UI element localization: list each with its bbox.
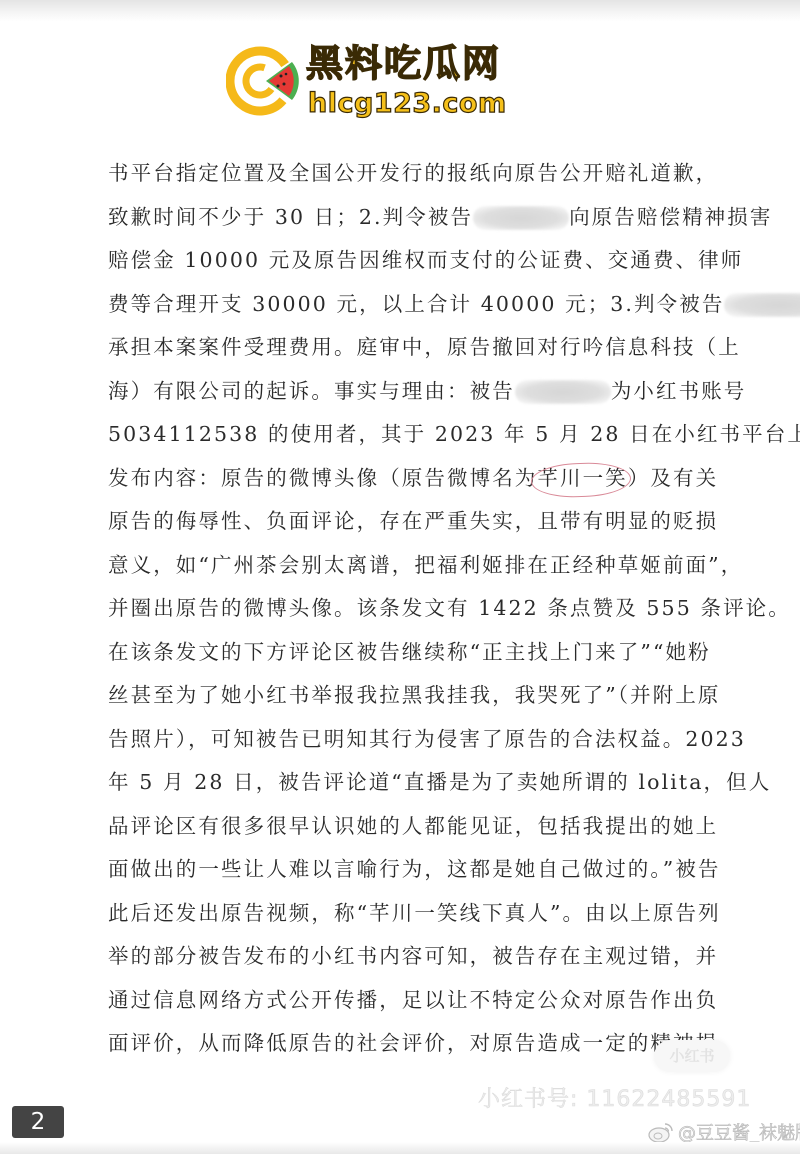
text-line: 举的部分被告发布的小红书内容可知，被告存在主观过错，并 (108, 935, 708, 979)
weibo-icon (648, 1121, 674, 1143)
text-line: 承担本案案件受理费用。庭审中，原告撤回对行吟信息科技（上 (108, 326, 708, 370)
watermelon-c-logo-icon (226, 44, 300, 118)
text-line: 丝甚至为了她小红书举报我拉黑我挂我，我哭死了”（并附上原 (108, 674, 708, 718)
xiaohongshu-id-watermark: 小红书号: 11622485591 (478, 1082, 751, 1113)
text-line: 赔偿金 10000 元及原告因维权而支付的公证费、交通费、律师 (108, 239, 708, 283)
text-line: 意义，如“广州茶会别太离谱，把福利姬排在正经种草姬前面”， (108, 544, 708, 588)
text-line: 面评价，从而降低原告的社会评价，对原告造成一定的精神损 (108, 1022, 708, 1066)
text-line: 品评论区有很多很早认识她的人都能见证，包括我提出的她上 (108, 805, 708, 849)
logo-domain: hlcg123.com (308, 88, 507, 120)
logo-title: 黑料吃瓜网 (306, 42, 501, 86)
top-edge-shadow (0, 0, 800, 22)
circled-weibo-name: 芊川一笑 (537, 457, 627, 501)
text-line: 此后还发出原告视频，称“芊川一笑线下真人”。由以上原告列 (108, 892, 708, 936)
text-segment: 发布内容：原告的微博头像（原告微博名为 (108, 466, 537, 490)
text-segment: 向原告赔偿精神损害 (569, 205, 772, 229)
text-line: 费等合理开支 30000 元，以上合计 40000 元；3.判令被告 (108, 283, 708, 327)
text-segment: 致歉时间不少于 30 日；2.判令被告 (108, 205, 473, 229)
text-line: 原告的侮辱性、负面评论，存在严重失实，且带有明显的贬损 (108, 500, 708, 544)
xiaohongshu-watermark-badge: 小红书 (654, 1040, 730, 1072)
text-line: 海）有限公司的起诉。事实与理由：被告为小红书账号 (108, 370, 708, 414)
text-segment: ）及有关 (628, 466, 718, 490)
document-body: 书平台指定位置及全国公开发行的报纸向原告公开赔礼道歉， 致歉时间不少于 30 日… (108, 152, 708, 1066)
text-line: 致歉时间不少于 30 日；2.判令被告向原告赔偿精神损害 (108, 196, 708, 240)
redacted-name (724, 293, 800, 317)
site-logo: 黑料吃瓜网 hlcg123.com (226, 40, 506, 120)
text-line: 告照片），可知被告已明知其行为侵害了原告的合法权益。2023 (108, 718, 708, 762)
text-line: 在该条发文的下方评论区被告继续称“正主找上门来了”“她粉 (108, 631, 708, 675)
page-number-badge: 2 (12, 1106, 64, 1138)
text-segment: 为小红书账号 (611, 379, 747, 403)
text-segment: 海）有限公司的起诉。事实与理由：被告 (108, 379, 515, 403)
bottom-edge-shadow (0, 1142, 800, 1154)
text-line: 书平台指定位置及全国公开发行的报纸向原告公开赔礼道歉， (108, 152, 708, 196)
text-line: 通过信息网络方式公开传播，足以让不特定公众对原告作出负 (108, 979, 708, 1023)
text-line: 5034112538 的使用者，其于 2023 年 5 月 28 日在小红书平台… (108, 413, 708, 457)
redacted-name (515, 380, 611, 404)
text-line: 并圈出原告的微博头像。该条发文有 1422 条点赞及 555 条评论。 (108, 587, 708, 631)
text-line: 面做出的一些让人难以言喻行为，这都是她自己做过的。”被告 (108, 848, 708, 892)
text-line: 年 5 月 28 日，被告评论道“直播是为了卖她所谓的 lolita，但人 (108, 761, 708, 805)
redacted-name (473, 206, 569, 230)
text-segment: 费等合理开支 30000 元，以上合计 40000 元；3.判令被告 (108, 292, 724, 316)
text-line: 发布内容：原告的微博头像（原告微博名为芊川一笑）及有关 (108, 457, 708, 501)
